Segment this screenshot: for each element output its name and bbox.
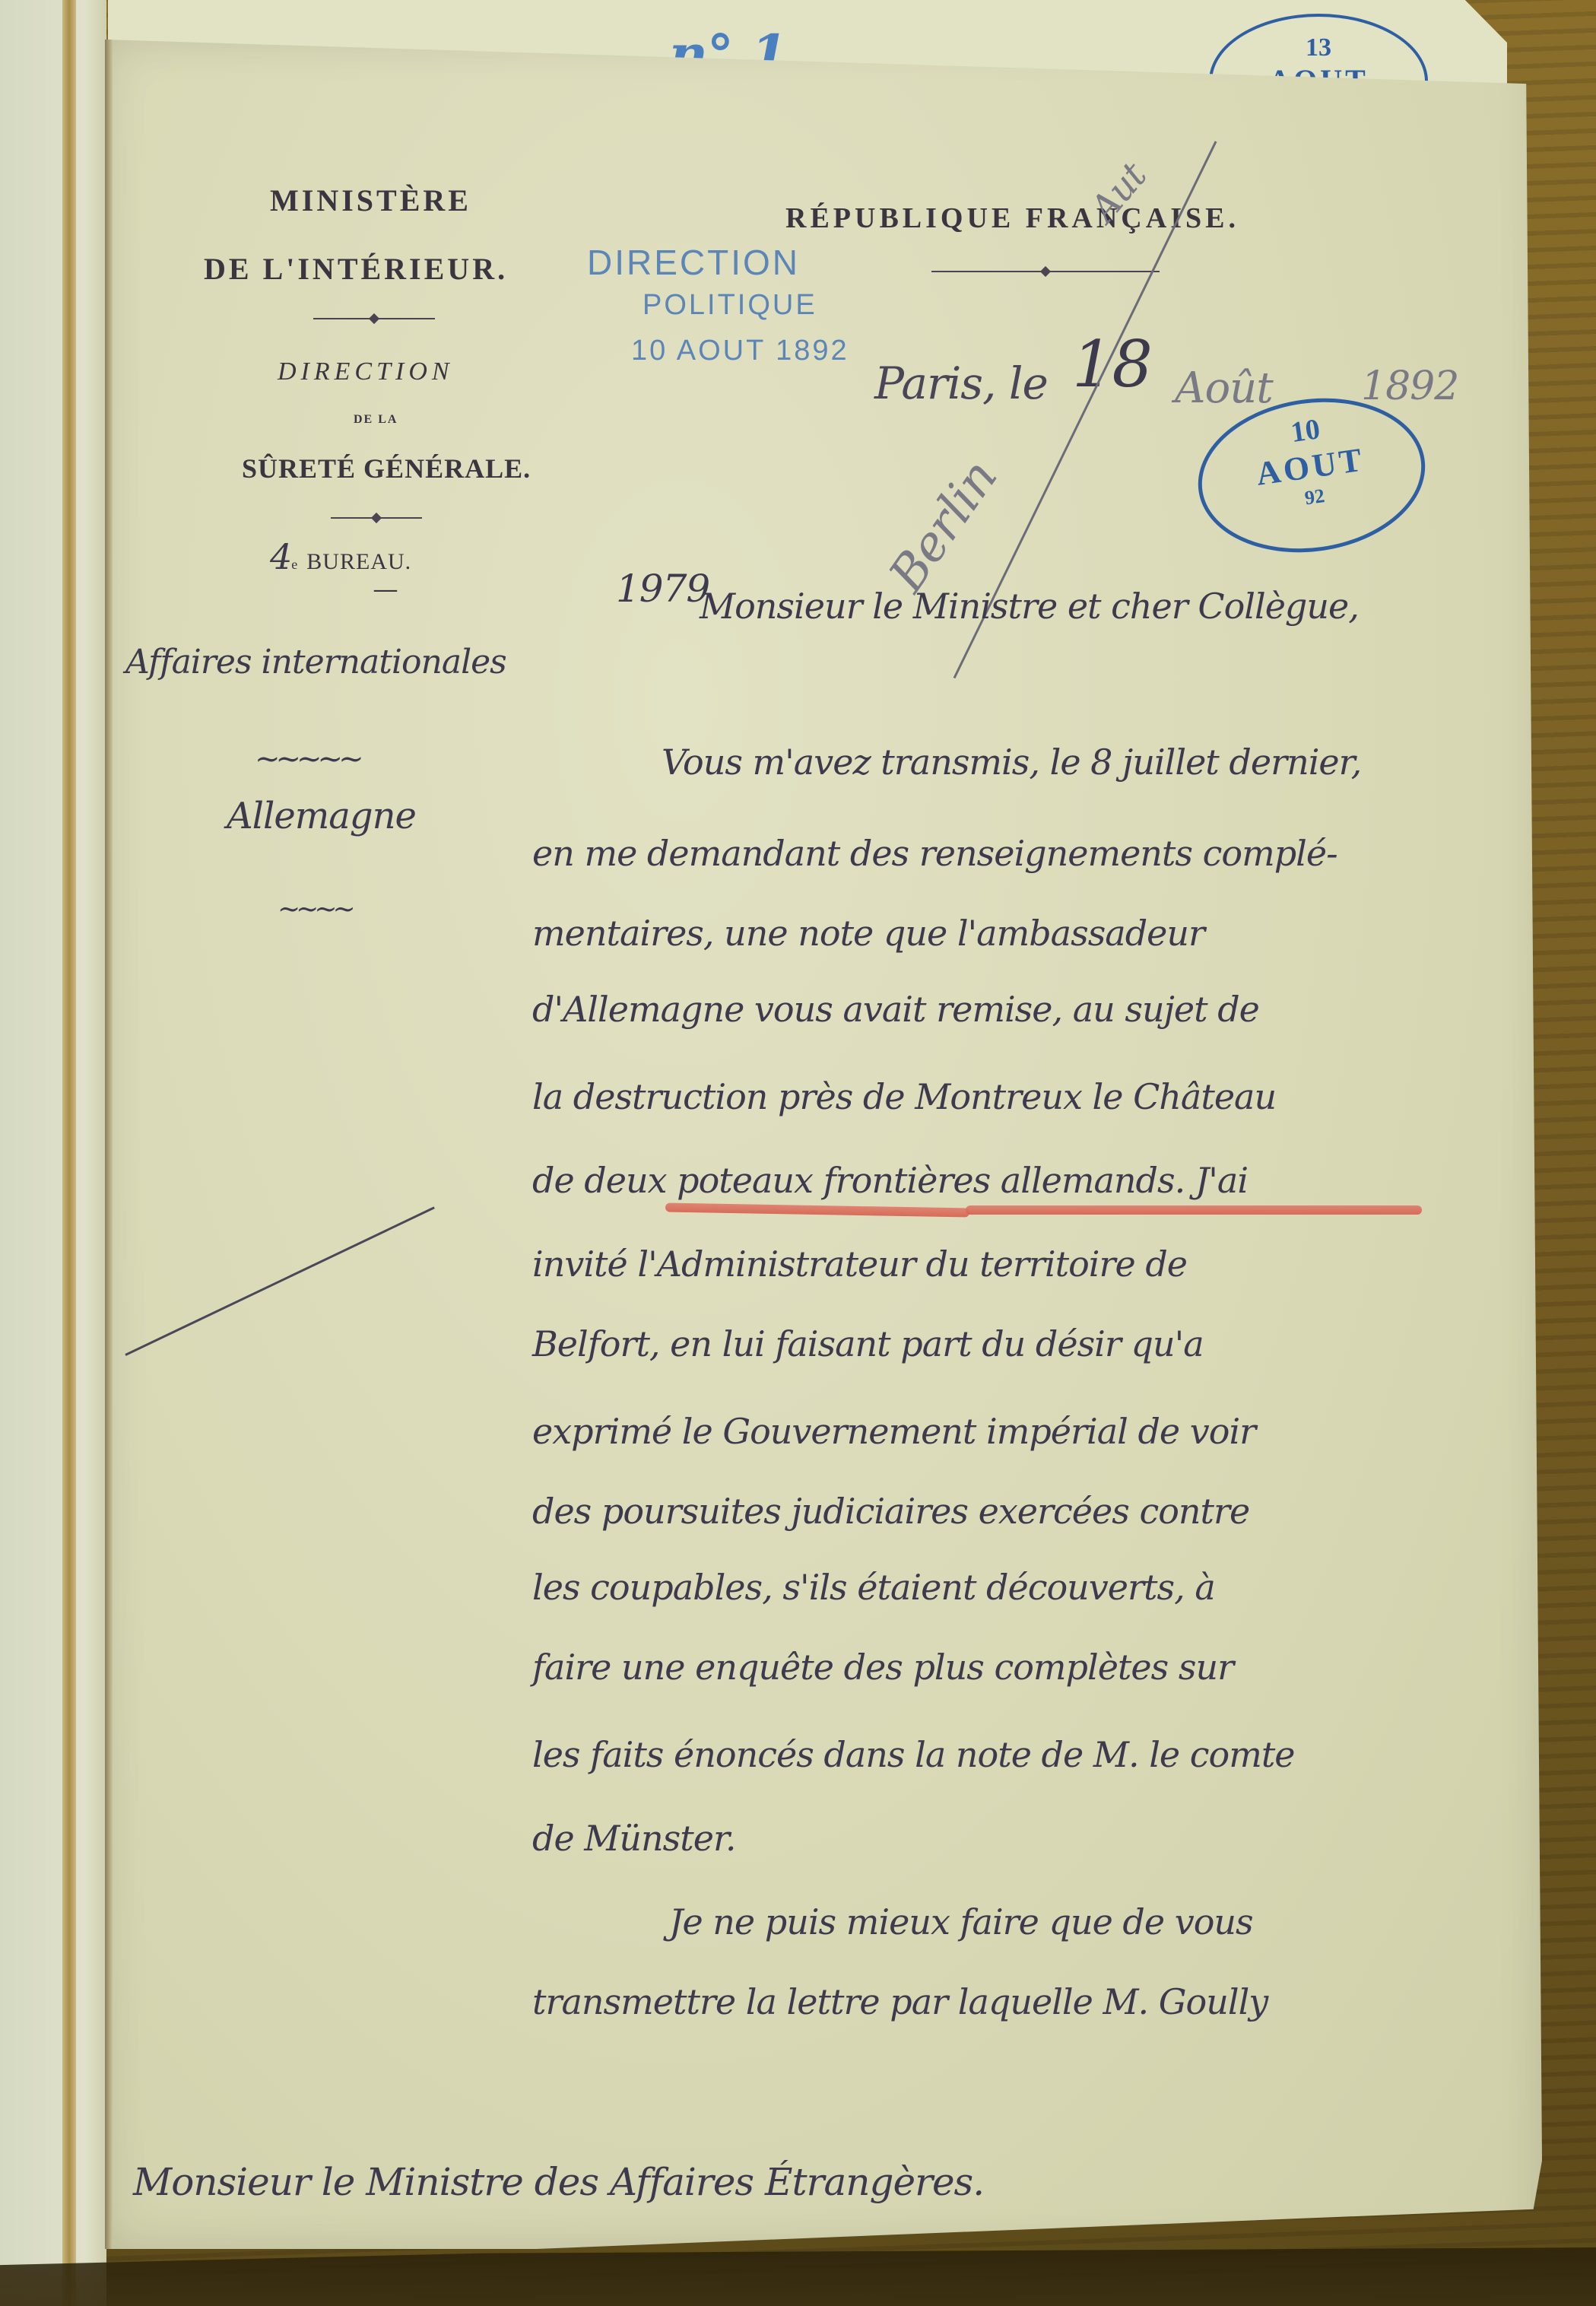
date-month: Août	[1175, 364, 1273, 413]
letterhead-direction: DIRECTION	[278, 357, 454, 386]
body-line-3: mentaires, une note que l'ambassadeur	[532, 913, 1204, 954]
date-day: 18	[1072, 327, 1152, 402]
body-line-16: transmettre la lettre par laquelle M. Go…	[532, 1981, 1268, 2022]
bureau-dash: —	[374, 576, 400, 602]
ornament-divider	[313, 318, 435, 319]
body-line-11: les coupables, s'ils étaient découverts,…	[532, 1567, 1215, 1608]
body-line-13: les faits énoncés dans la note de M. le …	[532, 1734, 1295, 1775]
subject-affaires-internationales: Affaires internationales	[125, 643, 506, 681]
stamp-date: 10 AOUT 1892	[631, 335, 849, 367]
body-line-2: en me demandant des renseignements compl…	[532, 833, 1337, 874]
subject-squiggle-2: ~~~~	[278, 894, 351, 925]
body-line-7: invité l'Administrateur du territoire de	[532, 1244, 1187, 1285]
adjacent-sheet-edge	[62, 0, 76, 2306]
body-line-12: faire une enquête des plus complètes sur	[532, 1647, 1233, 1688]
salutation: Monsieur le Ministre et cher Collègue,	[700, 586, 1359, 627]
bureau-line: 4e BUREAU.	[270, 536, 411, 577]
body-line-8: Belfort, en lui faisant part du désir qu…	[532, 1323, 1204, 1364]
body-line-6: de deux poteaux frontières allemands. J'…	[532, 1160, 1248, 1201]
adjacent-sheet-left	[0, 0, 106, 2306]
body-line-15: Je ne puis mieux faire que de vous	[669, 1901, 1253, 1942]
top-stamp-day: 13	[1212, 33, 1425, 62]
red-pencil-underline-2	[966, 1205, 1422, 1215]
body-line-1: Vous m'avez transmis, le 8 juillet derni…	[662, 742, 1361, 783]
subject-squiggle-1: ~~~~~	[255, 742, 360, 777]
bureau-suffix: e	[291, 557, 297, 572]
title-underline	[931, 271, 1160, 272]
bureau-number: 4	[270, 536, 291, 577]
letterhead-surete-generale: SÛRETÉ GÉNÉRALE.	[242, 453, 531, 484]
addressee: Monsieur le Ministre des Affaires Étrang…	[133, 2160, 984, 2204]
body-line-14: de Münster.	[532, 1818, 736, 1859]
body-line-5: la destruction près de Montreux le Châte…	[532, 1076, 1276, 1117]
letterhead-interieur: DE L'INTÉRIEUR.	[204, 251, 508, 287]
letterhead-ministere: MINISTÈRE	[270, 183, 471, 218]
bureau-label: BUREAU.	[306, 549, 411, 574]
stamp-direction: DIRECTION	[587, 242, 800, 283]
reference-number: 1979	[616, 567, 709, 611]
body-line-9: exprimé le Gouvernement impérial de voir	[532, 1411, 1255, 1452]
stamp-politique: POLITIQUE	[643, 289, 817, 322]
subject-allemagne: Allemagne	[227, 795, 416, 837]
body-line-10: des poursuites judiciaires exercées cont…	[532, 1491, 1249, 1532]
ornament-divider-2	[331, 517, 422, 519]
body-line-4: d'Allemagne vous avait remise, au sujet …	[532, 989, 1259, 1030]
sheet-left-fold	[105, 40, 113, 2249]
place-printed: Paris, le	[874, 357, 1048, 409]
letterhead-de-la: DE LA	[354, 413, 398, 427]
